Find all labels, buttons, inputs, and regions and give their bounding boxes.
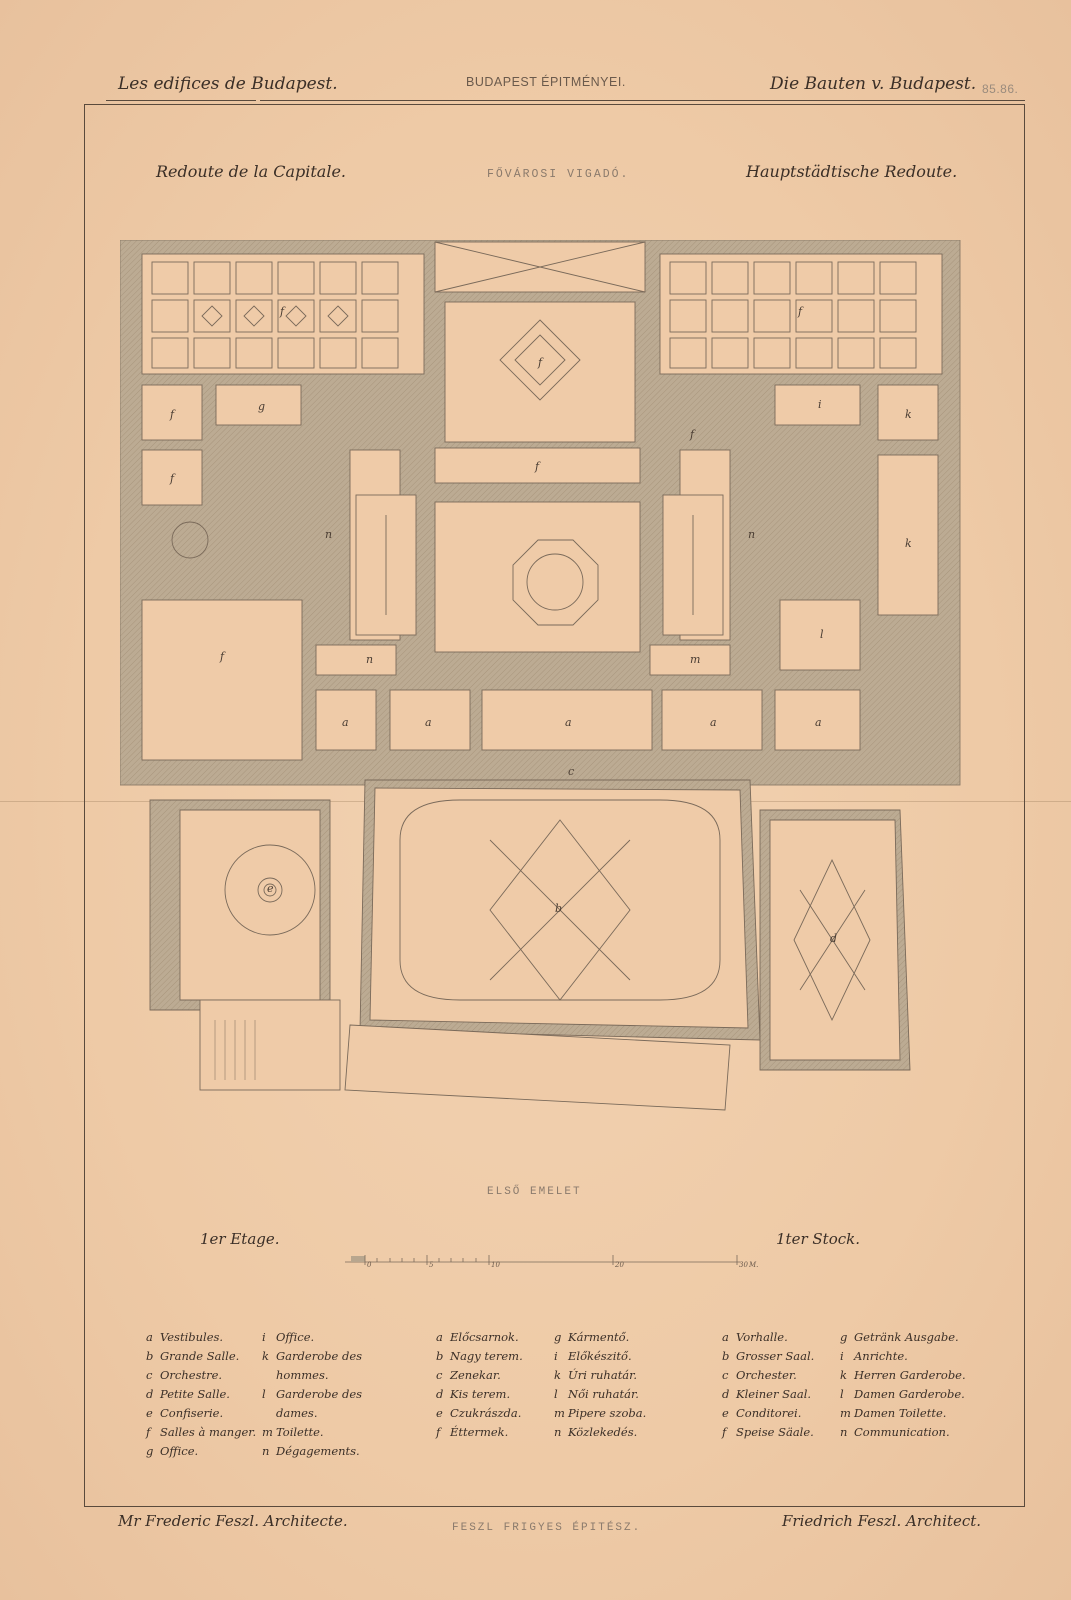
scale-tick-20: 20 — [615, 1261, 624, 1269]
footer-architect-german: Friedrich Feszl. Architect. — [782, 1512, 981, 1530]
svg-text:c: c — [568, 765, 574, 778]
legend-item: Kleiner Saal. — [736, 1385, 811, 1404]
legend-item: Czukrászda. — [450, 1404, 521, 1423]
legend-item: Kis terem. — [450, 1385, 510, 1404]
legend-item: Confiserie. — [160, 1404, 223, 1423]
legend-item: Conditorei. — [736, 1404, 801, 1423]
legend-item: Női ruhatár. — [568, 1385, 639, 1404]
legend-item: Herren Garderobe. — [854, 1366, 966, 1385]
legend-item: Damen Toilette. — [854, 1404, 946, 1423]
legend-item: Vestibules. — [160, 1328, 223, 1347]
footer-architect-hungarian: FESZL FRIGYES ÉPITÉSZ. — [452, 1522, 641, 1534]
legend-german-col2: gGetränk Ausgabe. iAnrichte. kHerren Gar… — [840, 1328, 966, 1442]
legend-item: Grosser Saal. — [736, 1347, 814, 1366]
svg-text:m: m — [690, 653, 700, 666]
legend-item: Úri ruhatár. — [568, 1366, 637, 1385]
legend-french-col1: aVestibules. bGrande Salle. cOrchestre. … — [146, 1328, 256, 1461]
scale-bar: 0 5 10 20 30 M. — [345, 1252, 745, 1272]
scale-unit: M. — [749, 1261, 758, 1269]
scale-tick-5: 5 — [429, 1261, 433, 1269]
legend-item: Anrichte. — [854, 1347, 908, 1366]
floor-plan-drawing: fff fgf ffi kkl nnnm f aaaaa cebd — [120, 240, 980, 1180]
legend-item: Kármentő. — [568, 1328, 629, 1347]
legend-item: Office. — [276, 1328, 314, 1347]
legend-hungarian-col2: gKármentő. iElőkészitő. kÚri ruhatár. lN… — [554, 1328, 646, 1442]
svg-text:a: a — [710, 716, 717, 729]
svg-text:n: n — [325, 528, 332, 541]
legend-item: Garderobe des — [276, 1347, 362, 1366]
legend-item: Petite Salle. — [160, 1385, 230, 1404]
subtitle-french: Redoute de la Capitale. — [156, 162, 346, 181]
legend-german-col1: aVorhalle. bGrosser Saal. cOrchester. dK… — [722, 1328, 814, 1442]
legend-item: Éttermek. — [450, 1423, 508, 1442]
svg-text:a: a — [425, 716, 432, 729]
footer-architect-french: Mr Frederic Feszl. Architecte. — [118, 1512, 348, 1530]
legend-item: Getränk Ausgabe. — [854, 1328, 959, 1347]
legend-item: Zenekar. — [450, 1366, 501, 1385]
legend-item: Communication. — [854, 1423, 950, 1442]
legend-item: Orchester. — [736, 1366, 797, 1385]
subtitle-hungarian: FŐVÁROSI VIGADÓ. — [487, 168, 629, 181]
svg-text:a: a — [815, 716, 822, 729]
svg-text:g: g — [258, 400, 265, 413]
floor-label-french: 1er Etage. — [200, 1230, 280, 1248]
svg-text:d: d — [830, 932, 837, 945]
floor-label-german: 1ter Stock. — [776, 1230, 860, 1248]
legend-item: Grande Salle. — [160, 1347, 239, 1366]
header-center-title: BUDAPEST ÉPITMÉNYEI. — [466, 75, 626, 89]
svg-text:l: l — [820, 628, 824, 641]
svg-text:i: i — [818, 398, 822, 411]
legend-item: dames. — [276, 1404, 318, 1423]
scale-tick-30: 30 — [739, 1261, 748, 1269]
legend-item: Előcsarnok. — [450, 1328, 519, 1347]
legend-item: Pipere szoba. — [568, 1404, 646, 1423]
legend-item: hommes. — [276, 1366, 329, 1385]
legend-item: Salles à manger. — [160, 1423, 256, 1442]
scale-tick-10: 10 — [491, 1261, 500, 1269]
scale-tick-0: 0 — [367, 1261, 371, 1269]
header-left-title: Les edifices de Budapest. — [118, 74, 338, 94]
legend-item: Office. — [160, 1442, 198, 1461]
subtitle-german: Hauptstädtische Redoute. — [746, 162, 957, 181]
legend-item: Damen Garderobe. — [854, 1385, 965, 1404]
svg-text:b: b — [555, 902, 562, 915]
legend-item: Toilette. — [276, 1423, 324, 1442]
legend-item: Orchestre. — [160, 1366, 222, 1385]
legend-item: Dégagements. — [276, 1442, 360, 1461]
svg-text:a: a — [565, 716, 572, 729]
legend-item: Nagy terem. — [450, 1347, 523, 1366]
legend-hungarian-col1: aElőcsarnok. bNagy terem. cZenekar. dKis… — [436, 1328, 523, 1442]
legend-french-col2: iOffice. kGarderobe des hommes. lGardero… — [262, 1328, 362, 1461]
legend-item: Speise Säale. — [736, 1423, 814, 1442]
svg-text:n: n — [366, 653, 373, 666]
svg-text:k: k — [905, 537, 912, 550]
plate-numbers: 85.86. — [982, 82, 1018, 96]
legend-item: Garderobe des — [276, 1385, 362, 1404]
svg-text:k: k — [905, 408, 912, 421]
legend-item: Előkészitő. — [568, 1347, 632, 1366]
svg-text:a: a — [342, 716, 349, 729]
svg-text:n: n — [748, 528, 755, 541]
floor-label-hungarian: ELSŐ EMELET — [487, 1186, 582, 1198]
svg-text:e: e — [267, 882, 274, 895]
header-underline-left — [106, 100, 256, 101]
legend-item: Vorhalle. — [736, 1328, 788, 1347]
header-underline — [260, 100, 1025, 101]
header-right-title: Die Bauten v. Budapest. — [770, 74, 976, 94]
legend-item: Közlekedés. — [568, 1423, 637, 1442]
